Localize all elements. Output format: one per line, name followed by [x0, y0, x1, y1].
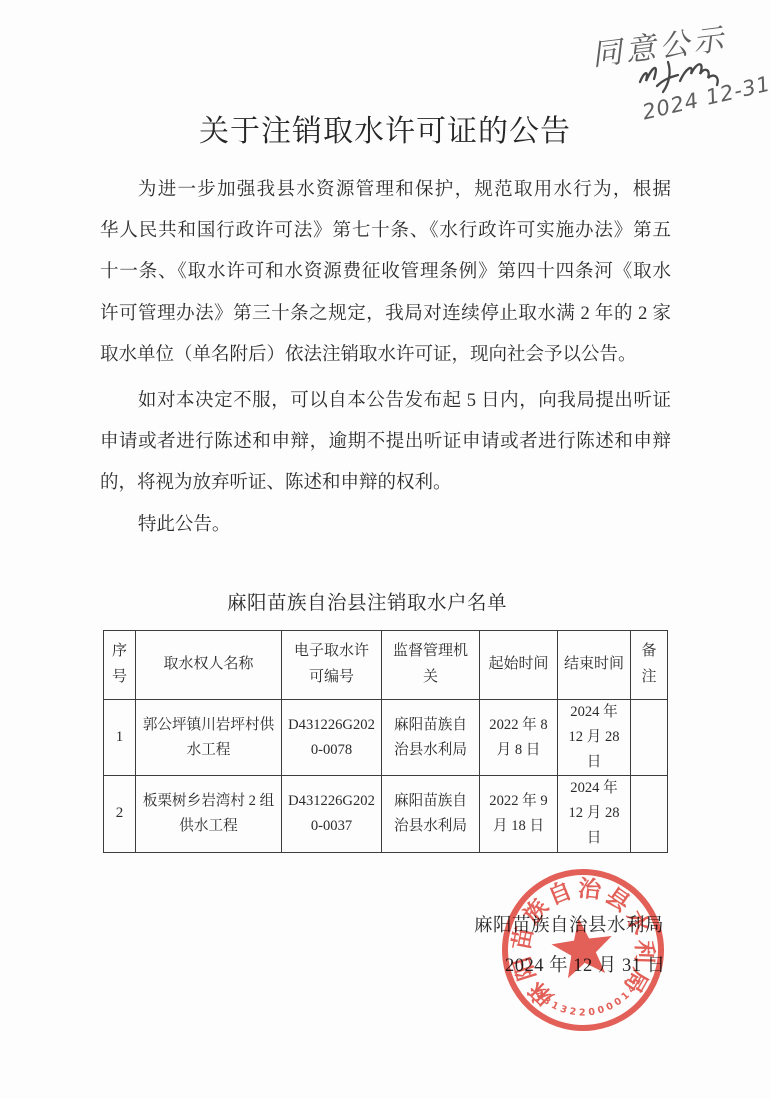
paragraph-line: 如对本决定不服，可以自本公告发布起 5 日内，向我局提出听证 [100, 381, 671, 422]
svg-text:0: 0 [596, 1004, 606, 1017]
cell-end-date: 2024 年 12 月 28 日 [558, 700, 631, 776]
table-row: 1 郭公坪镇川岩坪村供水工程 D431226G2020-0078 麻阳苗族自治县… [104, 700, 668, 776]
table-row: 2 板栗树乡岩湾村 2 组供水工程 D431226G2020-0037 麻阳苗族… [104, 776, 668, 852]
cell-start-date: 2022 年 9 月 18 日 [480, 776, 558, 852]
svg-text:0: 0 [605, 1000, 616, 1013]
paragraph-line: 特此公告。 [100, 505, 671, 546]
issue-date: 2024 年 12 月 31 日 [505, 951, 666, 977]
cell-remark [631, 700, 668, 776]
column-header-owner: 取水权人名称 [136, 631, 282, 700]
paragraph-line: 华人民共和国行政许可法》第七十条、《水行政许可实施办法》第五 [100, 211, 671, 252]
svg-text:4: 4 [626, 983, 639, 995]
svg-text:3: 3 [541, 995, 553, 1008]
svg-text:治: 治 [577, 875, 604, 903]
svg-text:0: 0 [612, 996, 624, 1009]
column-header-start-date: 起始时间 [480, 631, 558, 700]
cell-owner: 郭公坪镇川岩坪村供水工程 [136, 700, 282, 776]
column-header-permit-no: 电子取水许可编号 [282, 631, 382, 700]
cell-supervisor: 麻阳苗族自治县水利局 [382, 776, 480, 852]
column-header-seq: 序号 [104, 631, 136, 700]
svg-text:2: 2 [579, 1007, 586, 1018]
cell-permit-no: D431226G2020-0037 [282, 776, 382, 852]
svg-text:0: 0 [588, 1006, 596, 1018]
svg-text:3: 3 [559, 1004, 569, 1017]
svg-text:1: 1 [619, 990, 631, 1003]
official-seal: 麻阳苗族自治县水利局 4313220000141 [470, 837, 696, 1063]
paragraph-line: 的，将视为放弃听证、陈述和申辩的权利。 [100, 463, 671, 504]
svg-text:麻: 麻 [524, 977, 558, 1011]
cell-seq: 1 [104, 700, 136, 776]
column-header-end-date: 结束时间 [558, 631, 631, 700]
cell-start-date: 2022 年 8 月 8 日 [480, 700, 558, 776]
table-title: 麻阳苗族自治县注销取水户名单 [227, 587, 507, 615]
seal-outer-ring [495, 862, 671, 1038]
cell-permit-no: D431226G2020-0078 [282, 700, 382, 776]
column-header-supervisor: 监督管理机关 [382, 631, 480, 700]
page-title: 关于注销取水许可证的公告 [0, 106, 770, 150]
seal-ring-text: 麻阳苗族自治县水利局 [499, 865, 665, 1014]
cell-remark [631, 776, 668, 852]
svg-text:自: 自 [544, 877, 575, 910]
issuing-organization: 麻阳苗族自治县水利局 [474, 911, 664, 937]
document-page: 同意公示 2024 12-31 关于注销取水许可证的公告 为进一步加强我县水资源… [0, 0, 770, 1099]
paragraph-line: 取水单位（单名附后）依法注销取水许可证，现向社会予以公告。 [100, 335, 671, 376]
svg-text:4: 4 [533, 989, 546, 1002]
cell-supervisor: 麻阳苗族自治县水利局 [382, 700, 480, 776]
table-header-row: 序号 取水权人名称 电子取水许可编号 监督管理机关 起始时间 结束时间 备注 [104, 631, 668, 700]
body-text: 为进一步加强我县水资源管理和保护，规范取用水行为，根据《中 华人民共和国行政许可… [100, 170, 671, 546]
paragraph-line: 申请或者进行陈述和申辩，逾期不提出听证申请或者进行陈述和申辩 [100, 422, 671, 463]
cancellation-table: 序号 取水权人名称 电子取水许可编号 监督管理机关 起始时间 结束时间 备注 1… [103, 630, 668, 853]
svg-text:1: 1 [549, 1000, 560, 1013]
svg-text:1: 1 [631, 976, 644, 987]
cell-seq: 2 [104, 776, 136, 852]
column-header-remark: 备注 [631, 631, 668, 700]
paragraph-line: 十一条、《取水许可和水资源费征收管理条例》第四十四条河《取水 [100, 252, 671, 293]
seal-code: 4313220000141 [532, 975, 648, 1026]
svg-text:2: 2 [569, 1006, 577, 1018]
paragraph-line: 许可管理办法》第三十条之规定，我局对连续停止取水满 2 年的 2 家 [100, 294, 671, 335]
cell-owner: 板栗树乡岩湾村 2 组供水工程 [136, 776, 282, 852]
paragraph-line: 为进一步加强我县水资源管理和保护，规范取用水行为，根据《中 [100, 170, 671, 211]
cell-end-date: 2024 年 12 月 28 日 [558, 776, 631, 852]
